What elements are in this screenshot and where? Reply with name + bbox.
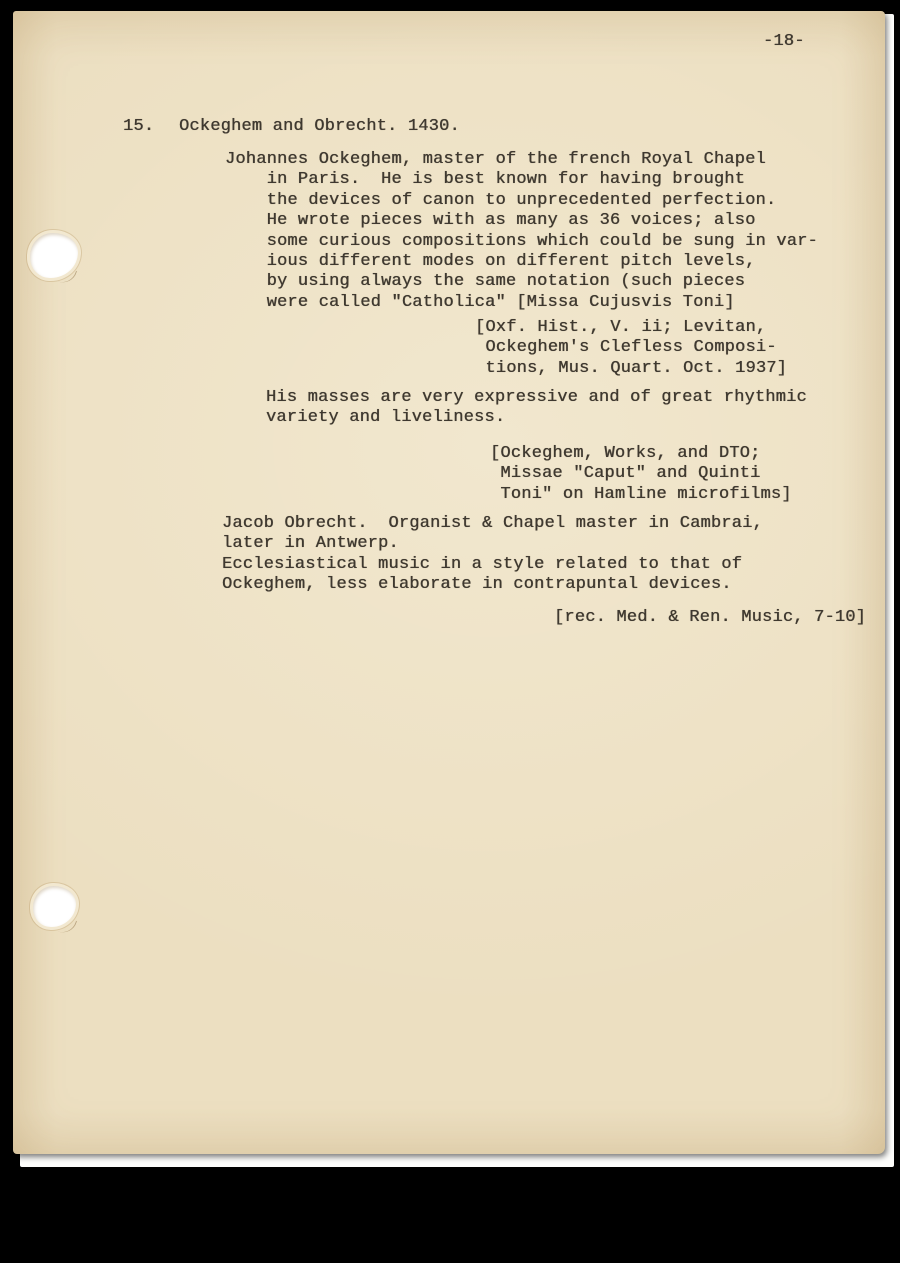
section-title: Ockeghem and Obrecht. 1430. <box>179 117 460 137</box>
paragraph-johannes-ockeghem: Johannes Ockeghem, master of the french … <box>225 150 818 313</box>
punch-hole-top <box>30 233 78 278</box>
scanned-document-view: -18- 15. Ockeghem and Obrecht. 1430. Joh… <box>0 0 900 1263</box>
document-page: -18- 15. Ockeghem and Obrecht. 1430. Joh… <box>13 11 885 1154</box>
citation-oxf-hist-levitan: [Oxf. Hist., V. ii; Levitan, Ockeghem's … <box>475 318 787 379</box>
section-number: 15. <box>123 117 154 137</box>
punch-hole-bottom <box>33 886 76 927</box>
paragraph-masses: His masses are very expressive and of gr… <box>266 388 807 429</box>
paragraph-jacob-obrecht: Jacob Obrecht. Organist & Chapel master … <box>222 514 763 596</box>
citation-ockeghem-works: [Ockeghem, Works, and DTO; Missae "Caput… <box>490 444 792 505</box>
page-number: -18- <box>763 32 805 52</box>
citation-rec-med-ren-music: [rec. Med. & Ren. Music, 7-10] <box>554 608 866 628</box>
